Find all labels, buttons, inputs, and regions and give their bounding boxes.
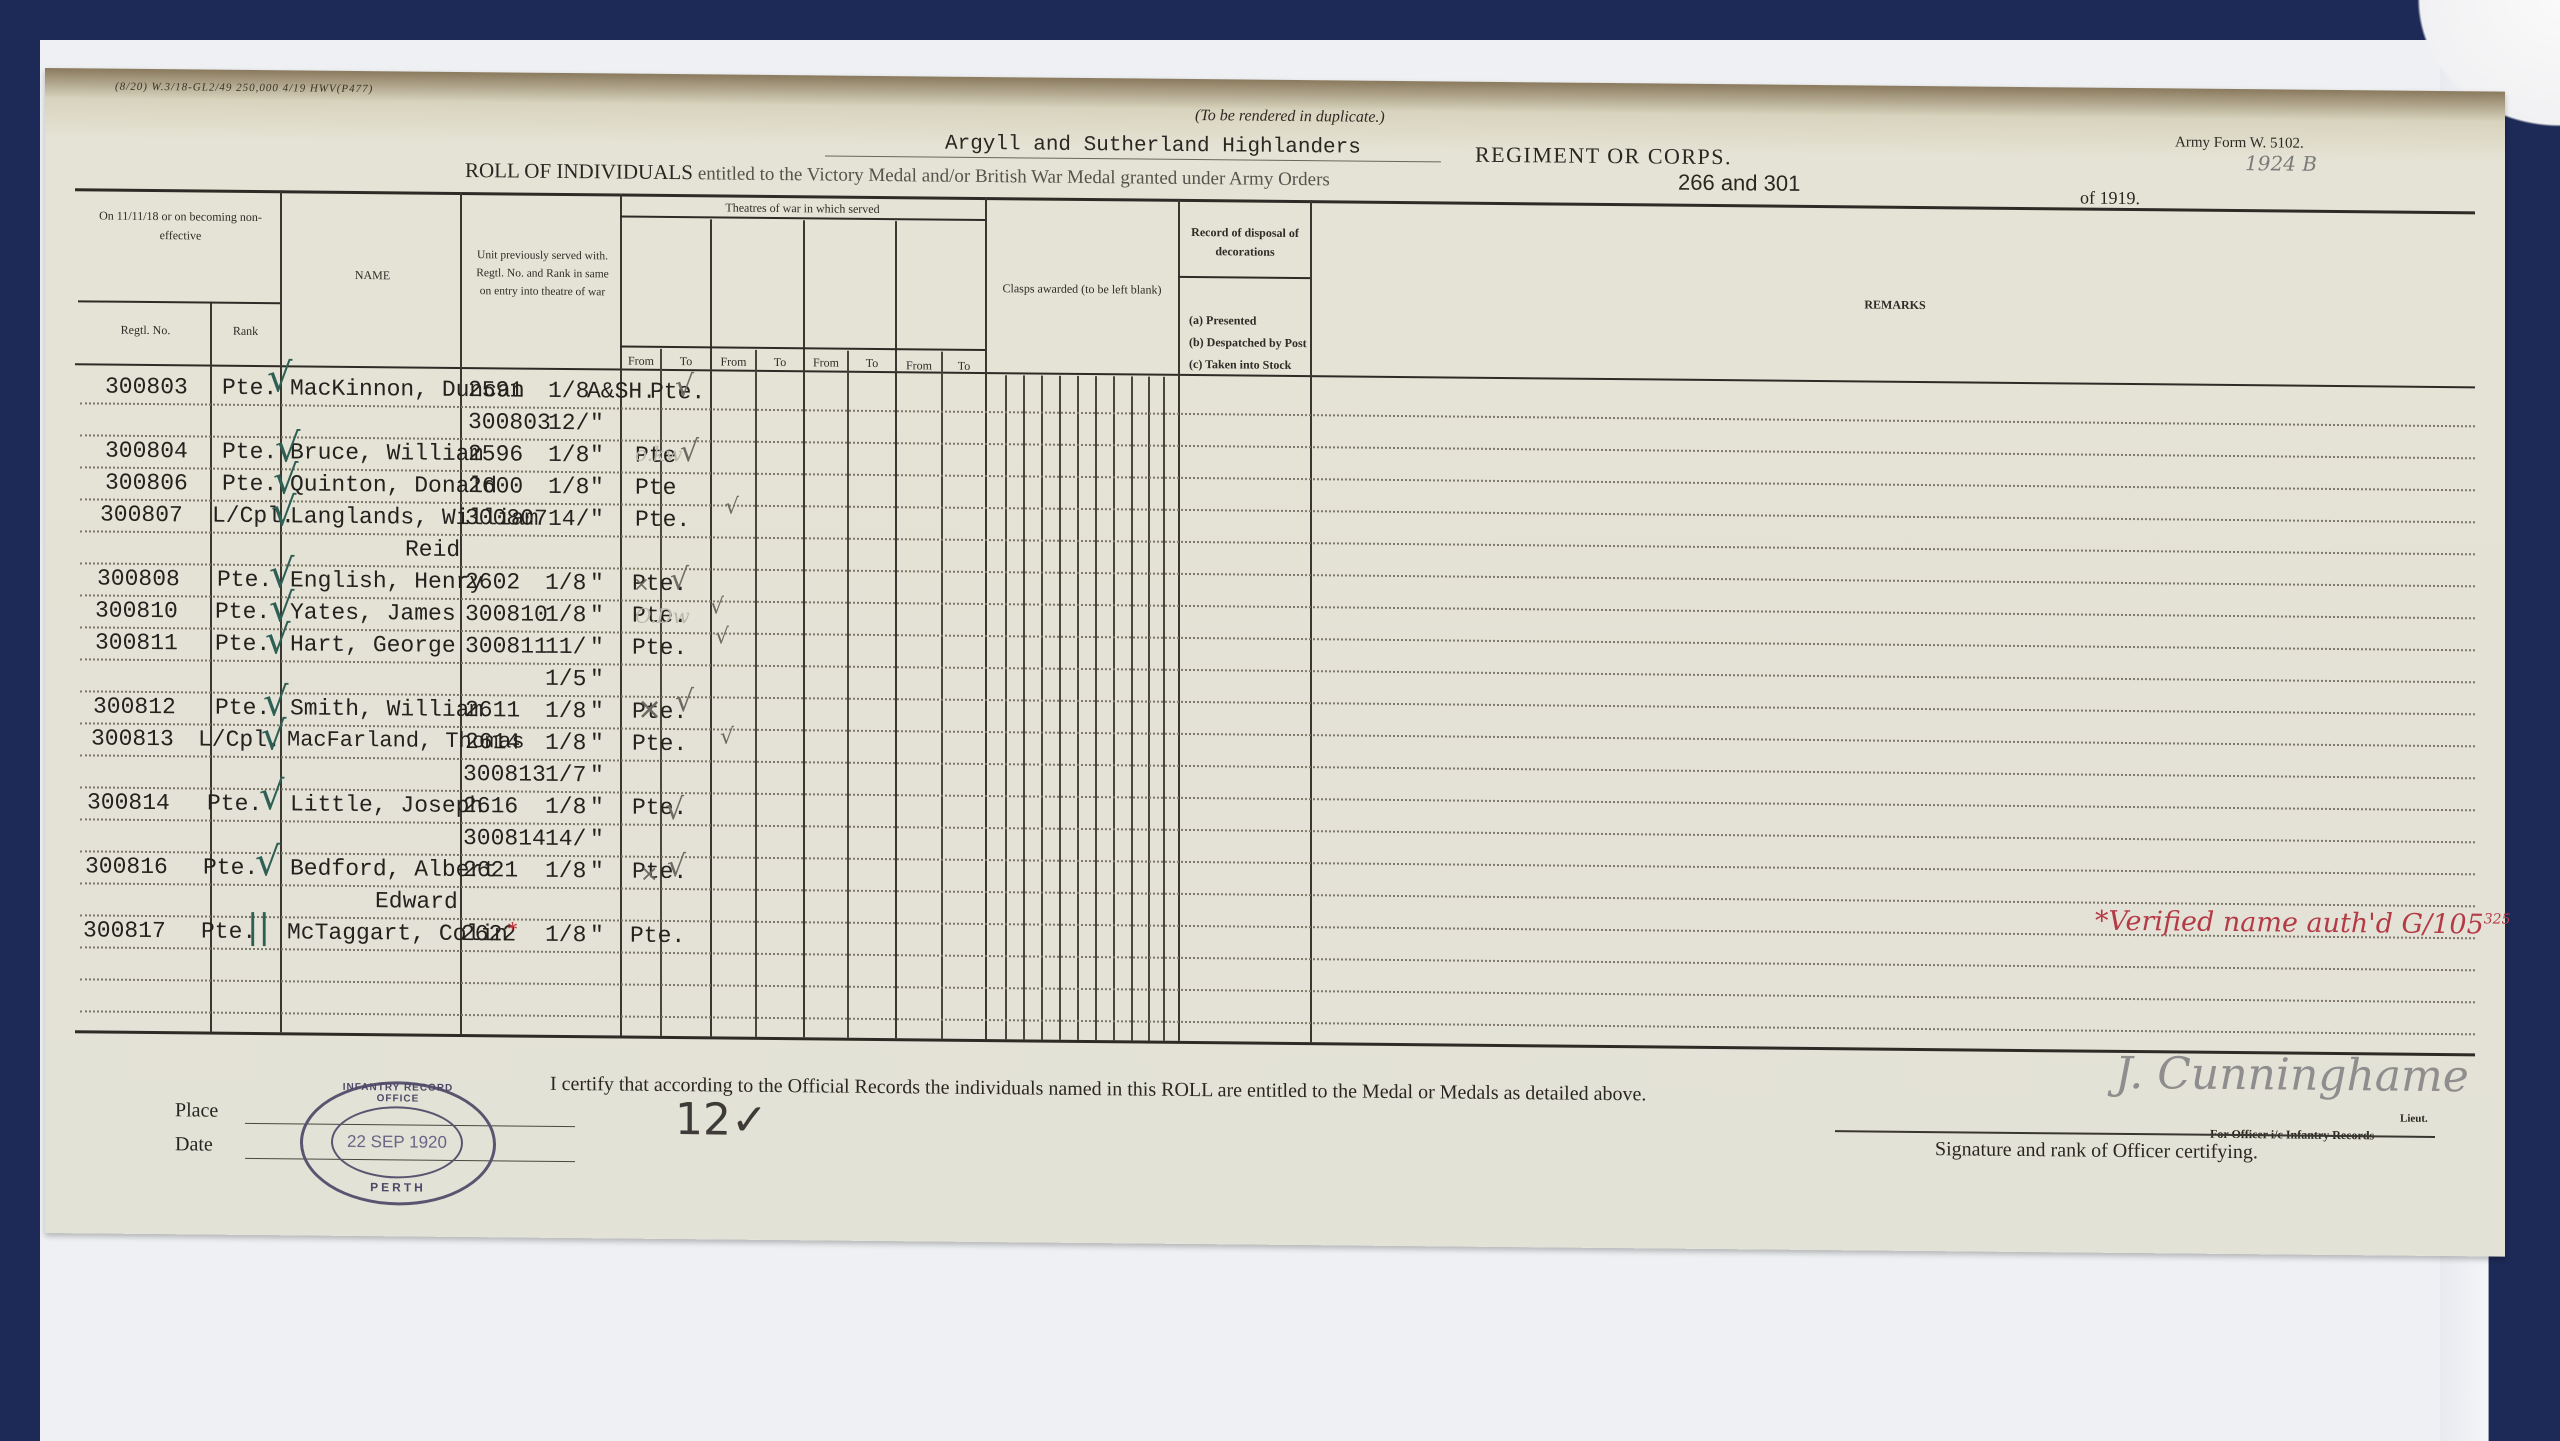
check-icon: √	[261, 716, 287, 756]
prev-rank: Pte.	[630, 923, 685, 950]
prev-regt: "	[590, 634, 604, 660]
handwritten-reference: 1924 B	[2245, 151, 2317, 176]
pencil-check-icon: √	[720, 724, 734, 749]
header-disposal-c: (c) Taken into Stock	[1189, 355, 1314, 375]
name: Quinton, Donald	[290, 471, 497, 499]
prev-unit: 1/8	[545, 602, 586, 628]
prev-no: 300813	[463, 761, 546, 788]
army-orders: 266 and 301	[1678, 170, 1800, 197]
regiment-label: REGIMENT OR CORPS.	[1475, 142, 1732, 170]
prev-regt: "	[590, 858, 604, 884]
regtl-no: 300808	[97, 565, 180, 592]
prev-no: 2616	[463, 793, 518, 820]
name: Smith, William	[290, 695, 483, 723]
pencil-cross-icon: ×	[637, 692, 662, 727]
regtl-no: 300810	[95, 597, 178, 624]
medal-roll-table: On 11/11/18 or on becoming non-effective…	[75, 188, 2475, 1111]
name: Little, Joseph	[290, 791, 483, 819]
prev-unit: 1/8	[545, 698, 586, 724]
row-rule	[80, 978, 2475, 1003]
prev-regt: "	[590, 506, 604, 532]
medal-roll-document: (8/20) W.3/18-GL2/49 250,000 4/19 HWV(P4…	[45, 68, 2505, 1257]
pencil-check-icon: √	[715, 624, 729, 649]
pencil-check-icon: √	[725, 495, 739, 520]
prev-regt: "	[590, 730, 604, 756]
prev-unit: 1/8	[548, 442, 589, 468]
regtl-no: 300816	[85, 853, 168, 880]
prev-no: 2602	[465, 569, 520, 596]
header-disposal-a: (a) Presented	[1189, 311, 1314, 331]
stamp-location: PERTH	[303, 1179, 493, 1195]
prev-no: 300807	[465, 505, 548, 532]
regtl-no: 300814	[87, 789, 170, 816]
prev-unit: 1/8	[545, 922, 586, 948]
check-icon: √	[265, 620, 291, 660]
rank: Pte.	[203, 855, 258, 882]
row-rule	[80, 1010, 2475, 1035]
regiment-name: Argyll and Sutherland Highlanders	[825, 131, 1441, 162]
prev-regt: "	[590, 794, 604, 820]
effective-subrule	[78, 300, 280, 304]
check-icon: √	[259, 776, 285, 816]
prev-unit: 1/8	[545, 858, 586, 884]
prev-regt: "	[590, 922, 604, 948]
rank: Pte.	[207, 791, 262, 818]
prev-rank: Pte.	[632, 635, 687, 662]
pencil-check-icon: √	[665, 792, 684, 827]
army-form-number: Army Form W. 5102.	[2175, 134, 2304, 152]
regtl-no: 300817	[83, 917, 166, 944]
remark-mctaggart: *Verified name auth'd G/105325	[2095, 906, 2511, 941]
regtl-no: 300813	[91, 725, 174, 752]
record-office-stamp: INFANTRY RECORD OFFICE 22 SEP 1920 PERTH	[300, 1080, 496, 1206]
prev-no: 2614	[465, 729, 520, 756]
prev-no: 300810	[465, 601, 548, 628]
header-theatres: Theatres of war in which served	[620, 198, 985, 220]
prev-unit: 14/	[548, 506, 589, 532]
prev-unit: 14/	[545, 826, 586, 852]
pencil-note: o.kw	[635, 442, 682, 466]
place-label: Place	[175, 1099, 218, 1122]
prev-unit: 1/8	[548, 378, 589, 404]
officer-rank: Lieut.	[2400, 1113, 2428, 1125]
header-effective: On 11/11/18 or on becoming non-effective	[83, 206, 278, 245]
rank: Pte.	[215, 631, 270, 658]
prev-unit: 1/8	[545, 570, 586, 596]
regtl-no: 300812	[93, 693, 176, 720]
prev-regt: A&SH.	[587, 378, 656, 405]
header-rank: Rank	[213, 322, 278, 341]
roll-title-bold: ROLL OF INDIVIDUALS	[465, 158, 693, 184]
rank: Pte.	[222, 439, 277, 466]
prev-unit: 1/8	[548, 474, 589, 500]
pencil-check-icon: √	[675, 684, 694, 719]
regtl-no: 300807	[100, 502, 183, 529]
pencil-check-icon: √	[675, 369, 694, 404]
check-icon: √	[271, 492, 297, 532]
header-disposal: Record of disposal of decorations	[1181, 223, 1309, 261]
roll-title-rest: entitled to the Victory Medal and/or Bri…	[698, 163, 1330, 190]
check-icon: √	[255, 842, 281, 882]
date-label: Date	[175, 1133, 213, 1156]
asterisk-mark: *	[507, 916, 518, 942]
remark-text: *Verified name auth'd G/105	[2095, 906, 2484, 941]
pencil-note: O.Dw	[635, 604, 690, 629]
officer-signature: J. Cunninghame	[2115, 1048, 2469, 1102]
stamp-date: 22 SEP 1920	[331, 1106, 463, 1179]
prev-no: 2611	[465, 697, 520, 724]
prev-unit: 11/	[545, 634, 586, 660]
rank: Pte.	[215, 599, 270, 626]
prev-unit: 1/7	[545, 762, 586, 788]
col-divider	[1178, 199, 1180, 1041]
prev-rank: Pte.	[632, 731, 687, 758]
prev-rank: Pte	[635, 475, 676, 501]
prev-no: 300814	[463, 825, 546, 852]
header-regtl-no: Regtl. No.	[83, 320, 208, 340]
pencil-check-icon: √	[710, 594, 724, 619]
disposal-subrule	[1178, 276, 1310, 279]
rank: Pte.	[217, 567, 272, 594]
name-continuation: Edward	[375, 888, 458, 915]
regtl-no: 300806	[105, 470, 188, 497]
header-name: NAME	[285, 265, 460, 285]
roll-title: ROLL OF INDIVIDUALS entitled to the Vict…	[465, 158, 1330, 191]
prev-unit: 1/8	[545, 794, 586, 820]
header-from-3: From	[805, 353, 847, 372]
header-to-2: To	[757, 353, 803, 372]
prev-regt: "	[590, 762, 604, 788]
header-from-2: From	[712, 352, 755, 371]
name: English, Henry	[290, 567, 483, 595]
regtl-no: 300804	[105, 438, 188, 465]
header-from-1: From	[622, 352, 660, 371]
prev-no: 300803	[468, 409, 551, 436]
pencil-check-icon: √	[680, 434, 699, 469]
prev-rank: Pte.	[635, 507, 690, 534]
stamp-office: INFANTRY RECORD OFFICE	[323, 1082, 473, 1105]
prev-regt: "	[590, 442, 604, 468]
prev-regt: "	[590, 410, 604, 436]
duplicate-note: (To be rendered in duplicate.)	[1195, 107, 1385, 127]
header-to-3: To	[849, 354, 895, 373]
header-from-4: From	[897, 356, 941, 375]
prev-regt: "	[590, 698, 604, 724]
prev-regt: "	[590, 826, 604, 852]
prev-no: 2600	[468, 473, 523, 500]
prev-no: 2621	[463, 857, 518, 884]
remark-ref: 325	[2484, 911, 2511, 927]
name: Bruce, William	[290, 439, 483, 467]
pencil-check-icon: √	[667, 849, 686, 884]
tally-mark-icon: ||	[247, 910, 270, 944]
prev-regt: "	[590, 666, 604, 692]
pencil-cross-icon: ×	[640, 862, 658, 887]
header-remarks: REMARKS	[1315, 290, 2475, 320]
print-code: (8/20) W.3/18-GL2/49 250,000 4/19 HWV(P4…	[115, 81, 373, 95]
prev-regt: "	[590, 474, 604, 500]
name: Hart, George	[290, 631, 456, 659]
regtl-no: 300811	[95, 629, 178, 656]
pencil-cross-icon: ×	[633, 572, 650, 596]
prev-unit: 1/5	[545, 666, 586, 692]
handwritten-count: 12✓	[675, 1094, 768, 1146]
header-to-1: To	[662, 352, 710, 371]
name: Yates, James	[290, 599, 456, 627]
header-clasps: Clasps awarded (to be left blank)	[987, 279, 1177, 299]
check-icon: √	[267, 358, 293, 398]
prev-no: 2596	[468, 441, 523, 468]
header-disposal-b: (b) Despatched by Post	[1189, 333, 1314, 353]
prev-no: 300811	[465, 633, 548, 660]
pencil-check-icon: √	[670, 562, 689, 597]
header-to-4: To	[943, 357, 985, 376]
prev-regt: "	[590, 602, 604, 628]
name-continuation: Reid	[405, 536, 460, 563]
prev-no: 2591	[468, 377, 523, 404]
signature-label: Signature and rank of Officer certifying…	[1935, 1138, 2258, 1164]
rank: Pte.	[222, 471, 277, 498]
header-unit-previous: Unit previously served with. Regtl. No. …	[470, 247, 615, 302]
regtl-no: 300803	[105, 374, 188, 401]
prev-unit: 12/	[548, 410, 589, 436]
prev-unit: 1/8	[545, 730, 586, 756]
prev-regt: "	[590, 570, 604, 596]
orders-year: of 1919.	[2080, 188, 2140, 210]
